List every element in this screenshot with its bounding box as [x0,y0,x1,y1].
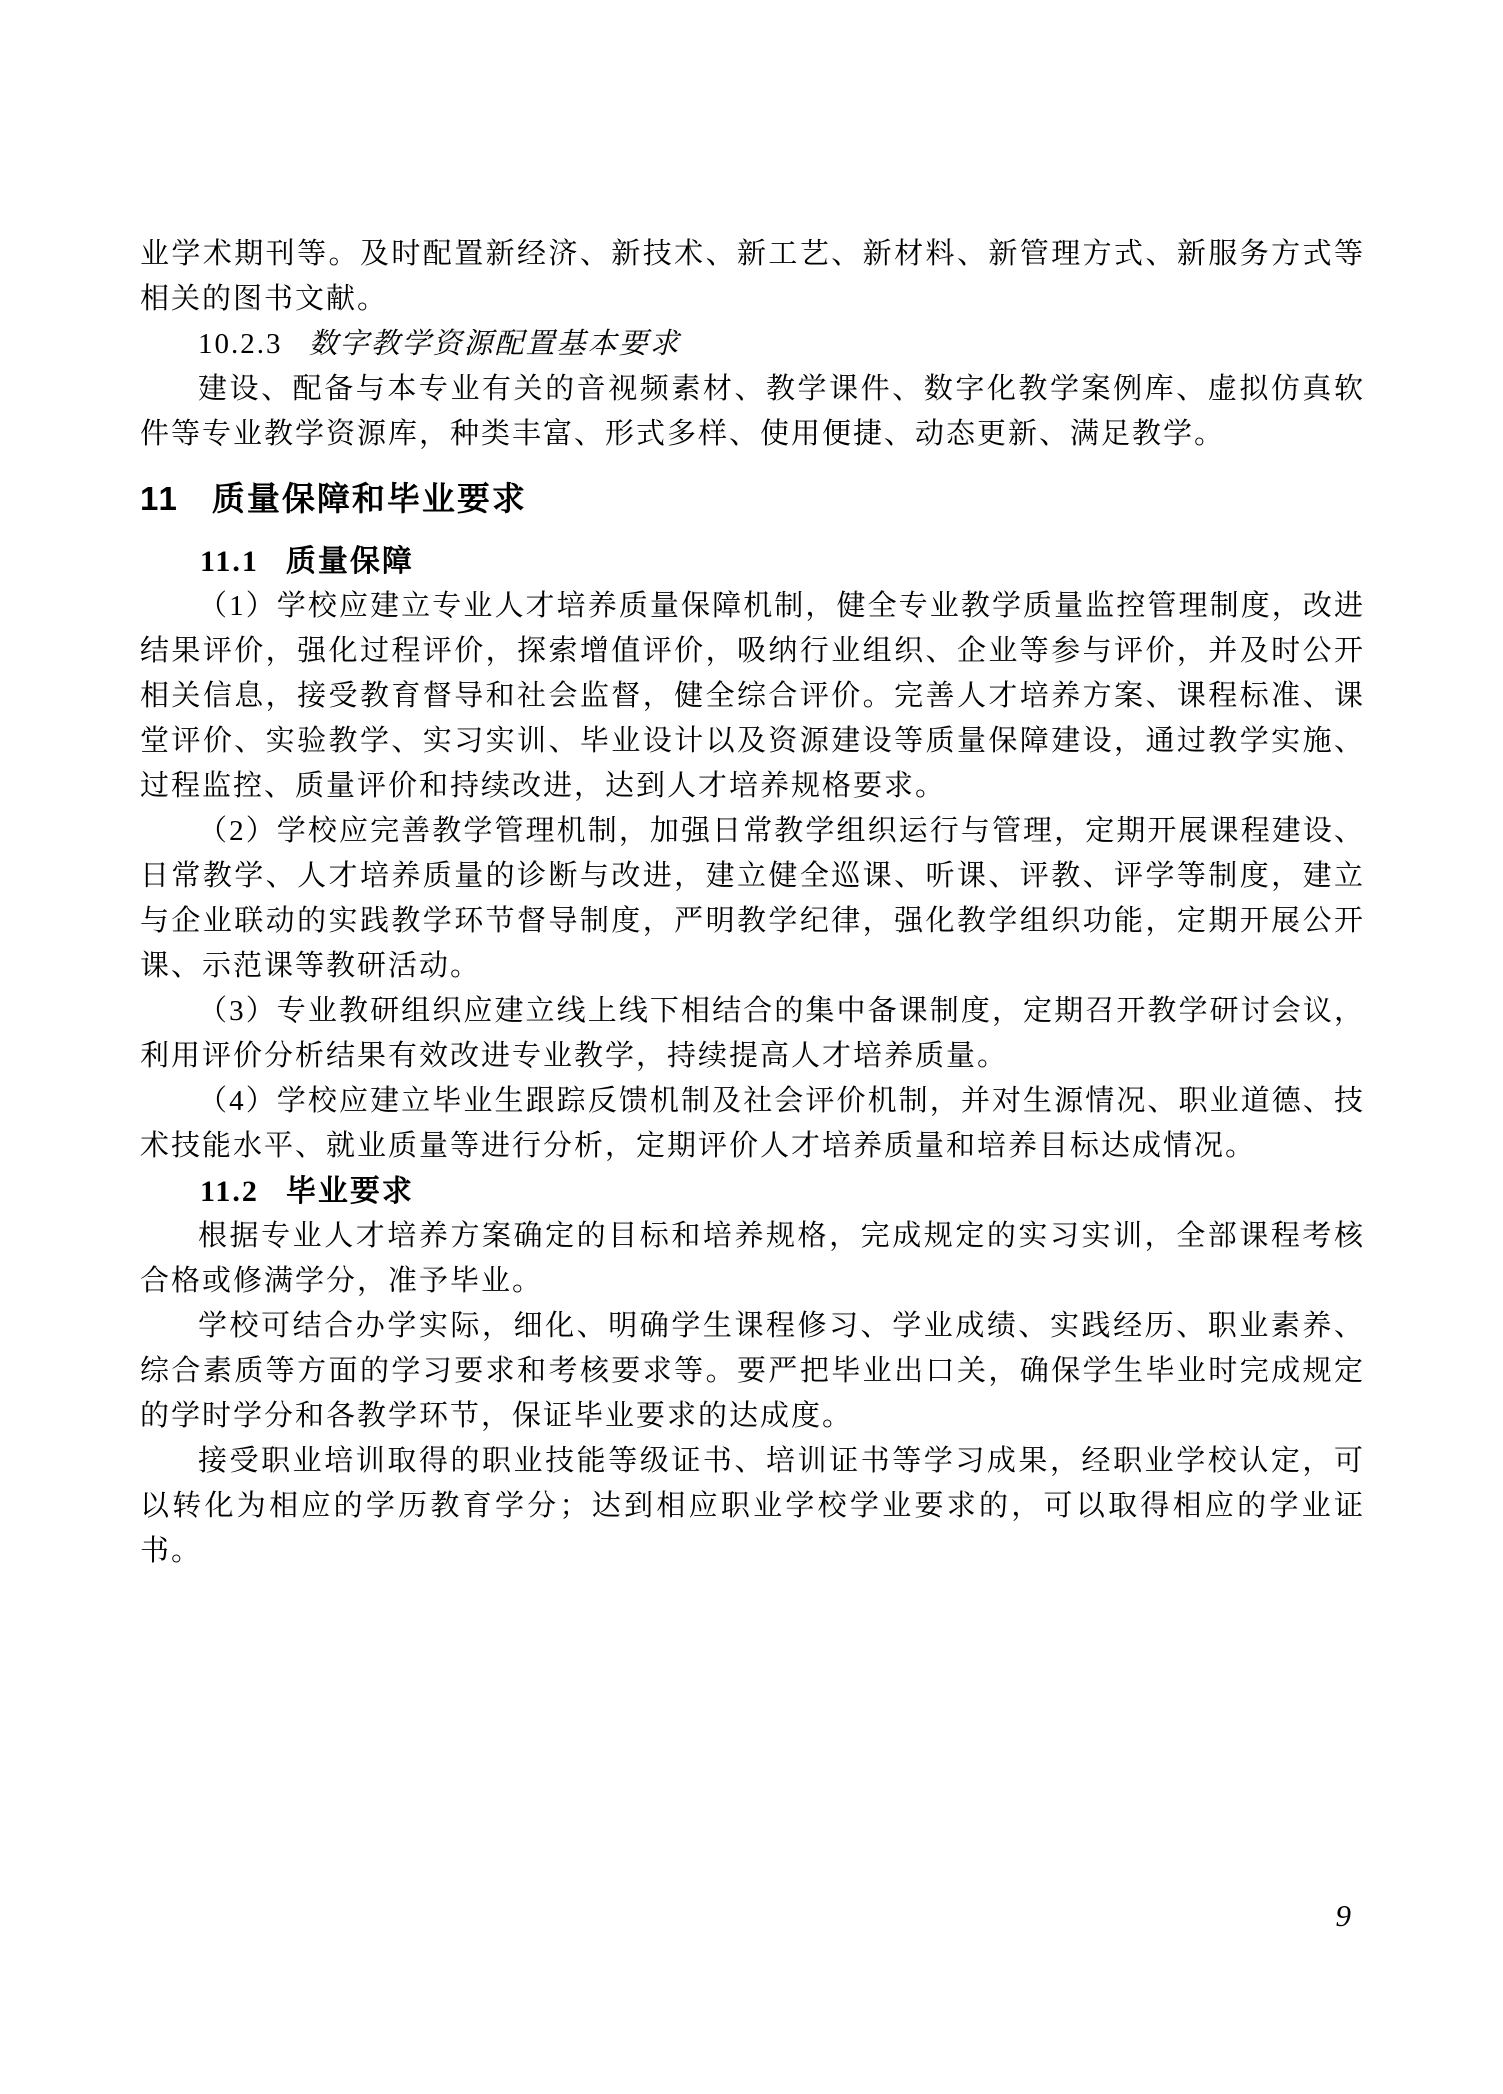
heading-11-1: 11.1质量保障 [140,539,1365,584]
quality-item-4: （4）学校应建立毕业生跟踪反馈机制及社会评价机制，并对生源情况、职业道德、技术技… [140,1079,1365,1169]
heading-11-title: 质量保障和毕业要求 [212,480,527,517]
heading-10-2-3: 10.2.3数字教学资源配置基本要求 [140,322,1365,367]
heading-11-2-title: 毕业要求 [286,1175,414,1208]
graduation-paragraph-2: 学校可结合办学实际，细化、明确学生课程修习、学业成绩、实践经历、职业素养、综合素… [140,1304,1365,1439]
heading-11-2: 11.2毕业要求 [140,1169,1365,1214]
heading-10-2-3-number: 10.2.3 [198,328,283,360]
quality-item-3: （3）专业教研组织应建立线上线下相结合的集中备课制度，定期召开教学研讨会议，利用… [140,989,1365,1079]
graduation-paragraph-1: 根据专业人才培养方案确定的目标和培养规格，完成规定的实习实训，全部课程考核合格或… [140,1214,1365,1304]
document-content: 业学术期刊等。及时配置新经济、新技术、新工艺、新材料、新管理方式、新服务方式等相… [140,232,1365,1574]
document-page: 业学术期刊等。及时配置新经济、新技术、新工艺、新材料、新管理方式、新服务方式等相… [0,0,1503,2094]
heading-11-2-number: 11.2 [200,1175,259,1208]
heading-11-1-title: 质量保障 [286,545,414,578]
continuation-paragraph: 业学术期刊等。及时配置新经济、新技术、新工艺、新材料、新管理方式、新服务方式等相… [140,232,1365,322]
page-number: 9 [1336,1896,1352,1936]
digital-resources-paragraph: 建设、配备与本专业有关的音视频素材、教学课件、数字化教学案例库、虚拟仿真软件等专… [140,367,1365,457]
heading-11-number: 11 [140,480,179,517]
heading-10-2-3-title: 数字教学资源配置基本要求 [309,328,681,360]
heading-11: 11质量保障和毕业要求 [140,472,1365,525]
graduation-paragraph-3: 接受职业培训取得的职业技能等级证书、培训证书等学习成果，经职业学校认定，可以转化… [140,1439,1365,1574]
quality-item-2: （2）学校应完善教学管理机制，加强日常教学组织运行与管理，定期开展课程建设、日常… [140,809,1365,989]
heading-11-1-number: 11.1 [200,545,259,578]
quality-item-1: （1）学校应建立专业人才培养质量保障机制，健全专业教学质量监控管理制度，改进结果… [140,584,1365,809]
